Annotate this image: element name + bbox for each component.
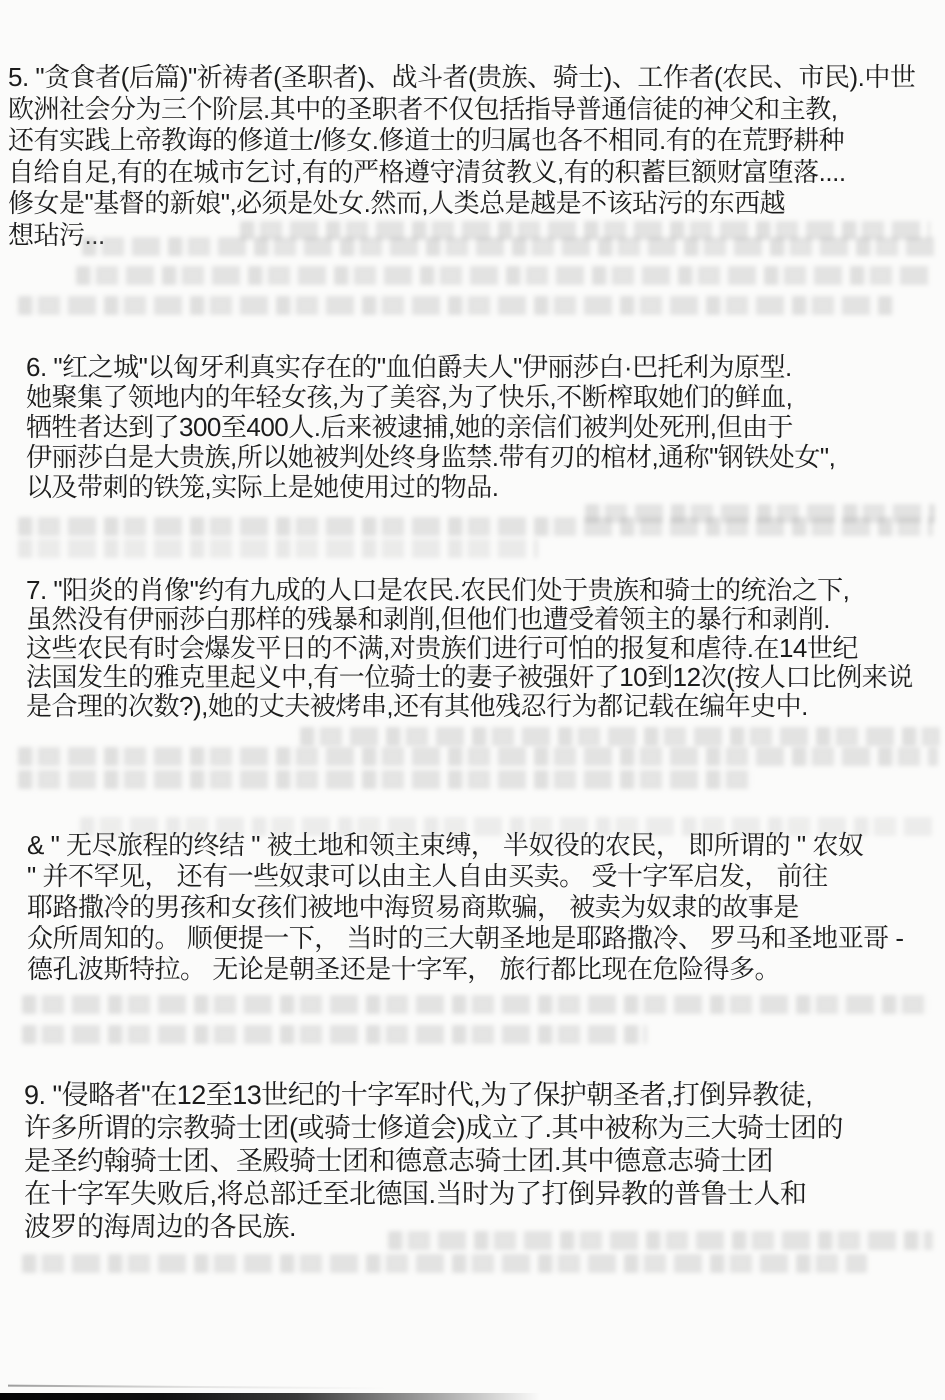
faded-bleedthrough-text (18, 747, 938, 766)
text-line: 9. "侵略者"在12至13世纪的十字军时代,为了保护朝圣者,打倒异教徒, (24, 1079, 843, 1112)
paragraph-7: 7. "阳炎的肖像"约有九成的人口是农民.农民们处于贵族和骑士的统治之下, 虽然… (26, 576, 913, 721)
scan-edge-artifact (0, 1393, 540, 1400)
text-line: 众所周知的。 顺便提一下， 当时的三大朝圣地是耶路撒冷、 罗马和圣地亚哥 - (27, 923, 904, 954)
text-line: 是合理的次数?),她的丈夫被烤串,还有其他残忍行为都记载在编年史中. (26, 692, 913, 721)
faded-bleedthrough-text (18, 517, 933, 536)
text-line: 耶路撒冷的男孩和女孩们被地中海贸易商欺骗， 被卖为奴隶的故事是 (27, 892, 904, 923)
paragraph-ampersand: & " 无尽旅程的终结 " 被土地和领主束缚， 半奴役的农民， 即所谓的 " 农… (27, 830, 904, 985)
text-line: " 并不罕见， 还有一些奴隶可以由主人自由买卖。 受十字军启发， 前往 (27, 861, 904, 892)
text-line: 自给自足,有的在城市乞讨,有的严格遵守清贫教义,有的积蓄巨额财富堕落.... (8, 157, 915, 189)
text-line: 6. "红之城"以匈牙利真实存在的"血伯爵夫人"伊丽莎白·巴托利为原型. (26, 352, 835, 382)
faded-bleedthrough-text (22, 1254, 867, 1273)
text-line: 伊丽莎白是大贵族,所以她被判处终身监禁.带有刃的棺材,通称"钢铁处女", (26, 442, 835, 472)
faded-bleedthrough-text (22, 1025, 647, 1044)
text-line: 这些农民有时会爆发平日的不满,对贵族们进行可怕的报复和虐待.在14世纪 (26, 634, 913, 663)
text-line: 是圣约翰骑士团、圣殿骑士团和德意志骑士团.其中德意志骑士团 (24, 1145, 843, 1178)
faded-bleedthrough-text (22, 995, 930, 1014)
scanned-document-page: 5. "贪食者(后篇)"祈祷者(圣职者)、战斗者(贵族、骑士)、工作者(农民、市… (0, 0, 945, 1400)
faded-bleedthrough-text (76, 266, 936, 285)
paragraph-6: 6. "红之城"以匈牙利真实存在的"血伯爵夫人"伊丽莎白·巴托利为原型. 她聚集… (26, 352, 835, 502)
text-line: 牺牲者达到了300至400人.后来被逮捕,她的亲信们被判处死刑,但由于 (26, 412, 835, 442)
text-line: 许多所谓的宗教骑士团(或骑士修道会)成立了.其中被称为三大骑士团的 (24, 1112, 843, 1145)
text-line: 修女是"基督的新娘",必须是处女.然而,人类总是越是不该玷污的东西越 (8, 188, 915, 220)
text-line: 法国发生的雅克里起义中,有一位骑士的妻子被强奸了10到12次(按人口比例来说 (26, 663, 913, 692)
text-line: 欧洲社会分为三个阶层.其中的圣职者不仅包括指导普通信徒的神父和主教, (8, 94, 915, 126)
faded-bleedthrough-text (18, 770, 753, 789)
text-line: 以及带刺的铁笼,实际上是她使用过的物品. (26, 472, 835, 502)
text-line: 5. "贪食者(后篇)"祈祷者(圣职者)、战斗者(贵族、骑士)、工作者(农民、市… (8, 62, 915, 94)
text-line: 7. "阳炎的肖像"约有九成的人口是农民.农民们处于贵族和骑士的统治之下, (26, 576, 913, 605)
faded-bleedthrough-text (300, 727, 940, 746)
text-line: 她聚集了领地内的年轻女孩,为了美容,为了快乐,不断榨取她们的鲜血, (26, 382, 835, 412)
scan-edge-artifact (8, 1385, 388, 1390)
text-line: 虽然没有伊丽莎白那样的残暴和剥削,但他们也遭受着领主的暴行和剥削. (26, 605, 913, 634)
faded-bleedthrough-text (18, 296, 893, 315)
paragraph-9: 9. "侵略者"在12至13世纪的十字军时代,为了保护朝圣者,打倒异教徒, 许多… (24, 1079, 843, 1244)
faded-bleedthrough-text (82, 237, 937, 256)
text-line: & " 无尽旅程的终结 " 被土地和领主束缚， 半奴役的农民， 即所谓的 " 农… (27, 830, 904, 861)
faded-bleedthrough-text (388, 1231, 933, 1250)
text-line: 在十字军失败后,将总部迁至北德国.当时为了打倒异教的普鲁士人和 (24, 1178, 843, 1211)
text-line: 德孔波斯特拉。 无论是朝圣还是十字军， 旅行都比现在危险得多。 (27, 954, 904, 985)
text-line: 还有实践上帝教诲的修道士/修女.修道士的归属也各不相同.有的在荒野耕种 (8, 125, 915, 157)
faded-bleedthrough-text (18, 539, 538, 558)
